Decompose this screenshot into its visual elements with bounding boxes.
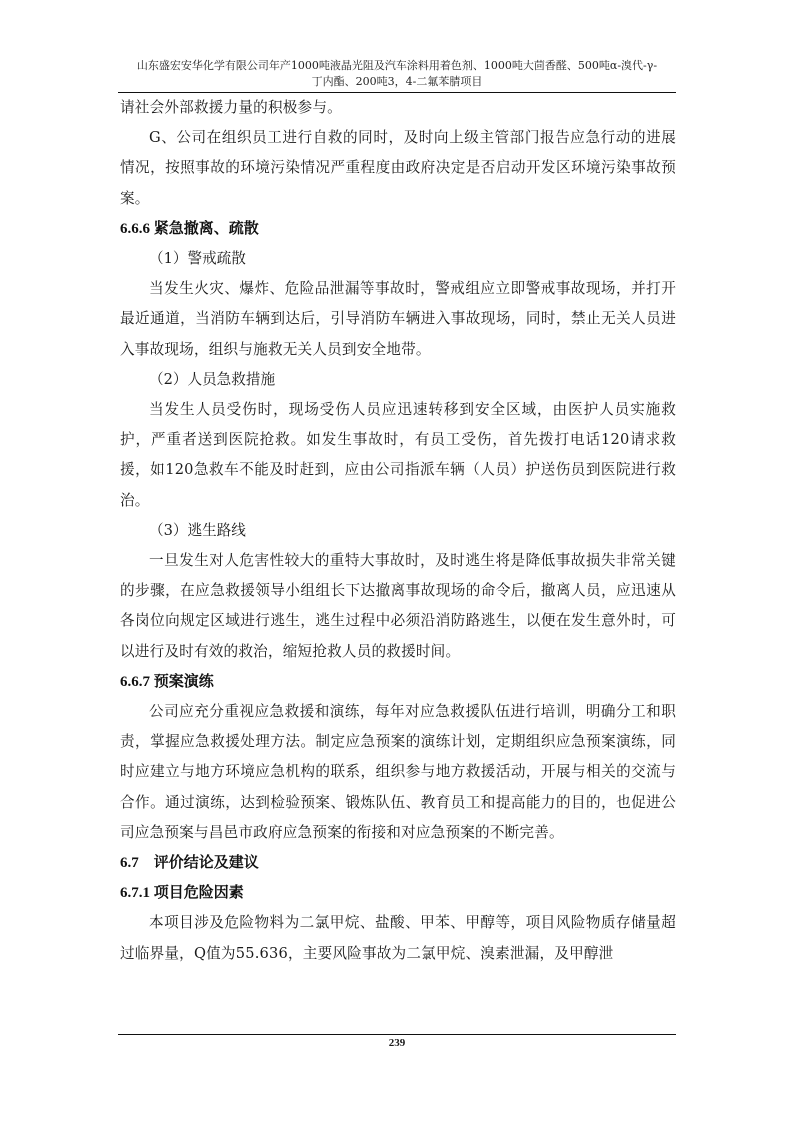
section-heading-6-7-1: 6.7.1 项目危险因素 <box>120 878 676 908</box>
paragraph-item-g: G、公司在组织员工进行自救的同时，及时向上级主管部门报告应急行动的进展情况，按照… <box>120 123 676 214</box>
paragraph-drills: 公司应充分重视应急救援和演练，每年对应急救援队伍进行培训，明确分工和职责，掌握应… <box>120 697 676 848</box>
page-number: 239 <box>118 1037 676 1049</box>
paragraph-hazard-factors: 本项目涉及危险物料为二氯甲烷、盐酸、甲苯、甲醇等，项目风险物质存储量超过临界量，… <box>120 908 676 968</box>
section-heading-6-6-7: 6.6.7 预案演练 <box>120 667 676 697</box>
section-heading-6-6-6: 6.6.6 紧急撤离、疏散 <box>120 214 676 244</box>
subheading-alert-evacuation: （1）警戒疏散 <box>120 244 676 274</box>
paragraph-alert-evacuation: 当发生火灾、爆炸、危险品泄漏等事故时，警戒组应立即警戒事故现场，并打开最近通道，… <box>120 274 676 365</box>
page-body: 请社会外部救援力量的积极参与。 G、公司在组织员工进行自救的同时，及时向上级主管… <box>120 93 676 969</box>
footer-divider <box>118 1034 676 1035</box>
paragraph-first-aid: 当发生人员受伤时，现场受伤人员应迅速转移到安全区域，由医护人员实施救护，严重者送… <box>120 395 676 516</box>
paragraph-escape-route: 一旦发生对人危害性较大的重特大事故时，及时逃生将是降低事故损失非常关键的步骤，在… <box>120 546 676 667</box>
header-title-line1: 山东盛宏安华化学有限公司年产1000吨液晶光阻及汽车涂料用着色剂、1000吨大茴… <box>118 58 676 74</box>
header-title-line2: 丁内酯、200吨3，4-二氟苯腈项目 <box>118 74 676 90</box>
subheading-escape-route: （3）逃生路线 <box>120 516 676 546</box>
section-heading-6-7: 6.7 评价结论及建议 <box>120 848 676 878</box>
subheading-first-aid: （2）人员急救措施 <box>120 365 676 395</box>
paragraph-continued: 请社会外部救援力量的积极参与。 <box>120 93 676 123</box>
running-header: 山东盛宏安华化学有限公司年产1000吨液晶光阻及汽车涂料用着色剂、1000吨大茴… <box>118 58 676 90</box>
